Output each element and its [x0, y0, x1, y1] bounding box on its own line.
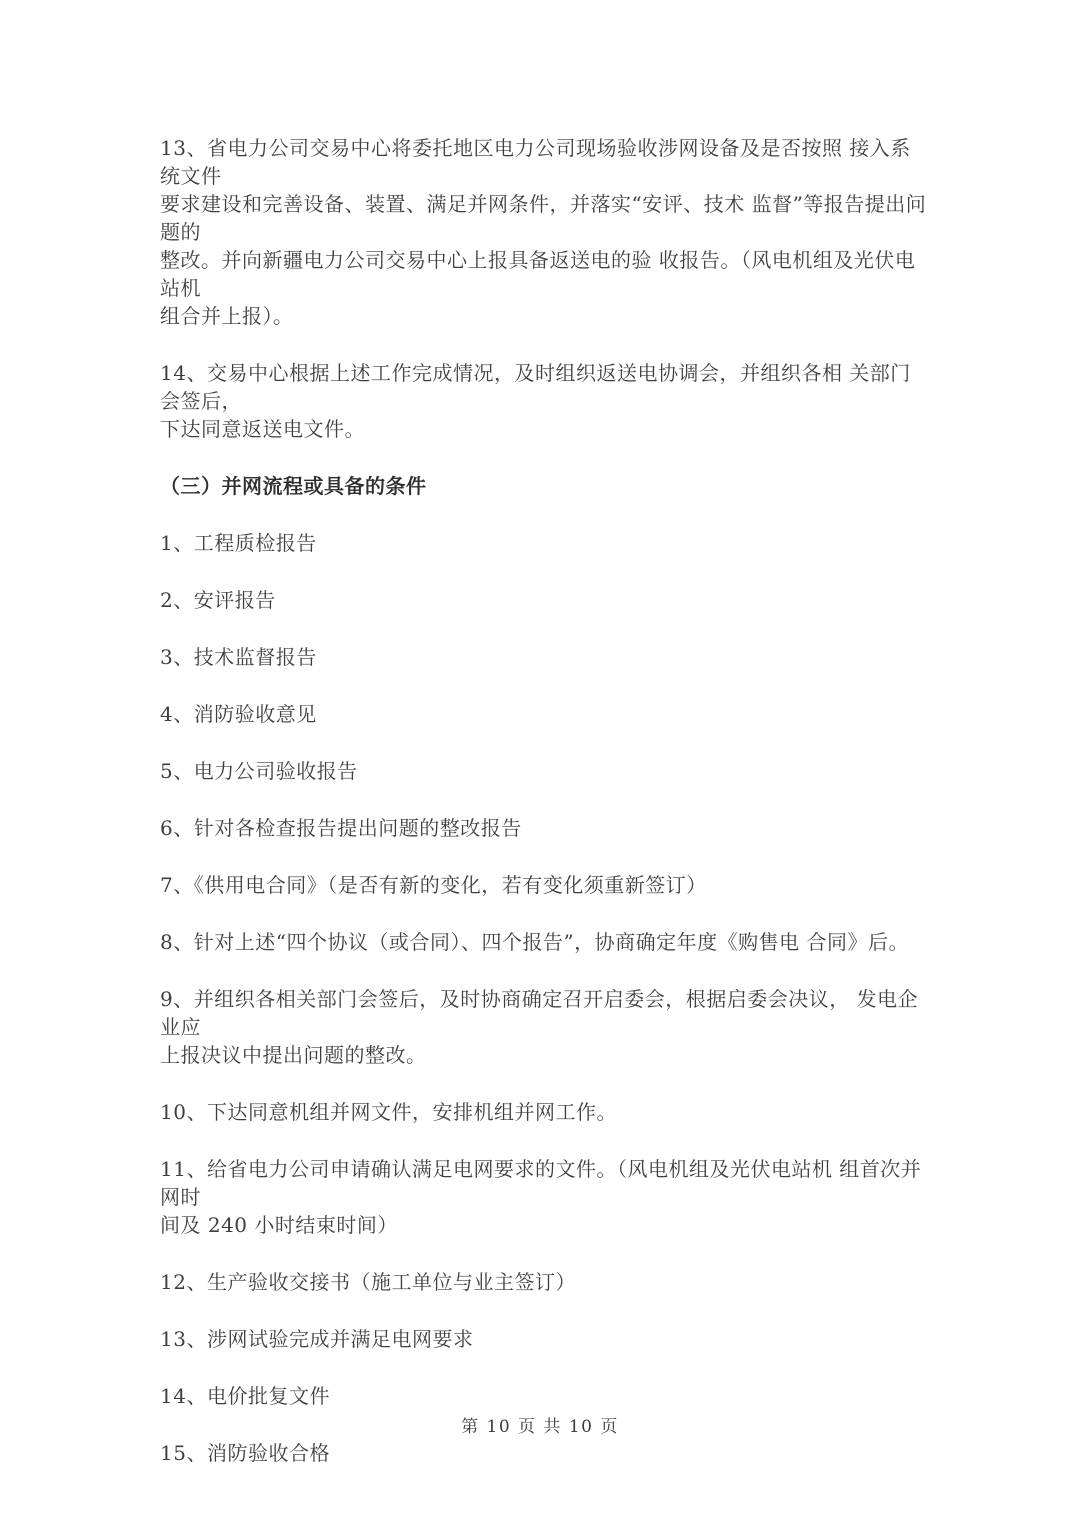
paragraph-13: 13、省电力公司交易中心将委托地区电力公司现场验收涉网设备及是否按照 接入系统文… — [160, 134, 930, 330]
list-item-5: 5、电力公司验收报告 — [160, 757, 930, 785]
list-item-9: 9、并组织各相关部门会签后，及时协商确定召开启委会，根据启委会决议， 发电企业应… — [160, 985, 930, 1069]
page-number-label: 第 10 页 共 10 页 — [461, 1417, 619, 1437]
list-item-6: 6、针对各检查报告提出问题的整改报告 — [160, 814, 930, 842]
document-page: 13、省电力公司交易中心将委托地区电力公司现场验收涉网设备及是否按照 接入系统文… — [0, 0, 1080, 1528]
list-item-7: 7、《供用电合同》（是否有新的变化，若有变化须重新签订） — [160, 871, 930, 899]
list-item-13: 13、涉网试验完成并满足电网要求 — [160, 1325, 930, 1353]
paragraph-14: 14、交易中心根据上述工作完成情况，及时组织返送电协调会，并组织各相 关部门会签… — [160, 359, 930, 443]
list-item-4: 4、消防验收意见 — [160, 700, 930, 728]
list-item-1: 1、工程质检报告 — [160, 529, 930, 557]
list-item-10: 10、下达同意机组并网文件，安排机组并网工作。 — [160, 1098, 930, 1126]
list-item-11: 11、给省电力公司申请确认满足电网要求的文件。（风电机组及光伏电站机 组首次并网… — [160, 1155, 930, 1239]
list-item-3: 3、技术监督报告 — [160, 643, 930, 671]
page-footer: 第 10 页 共 10 页 — [0, 1412, 1080, 1437]
section-heading: （三）并网流程或具备的条件 — [160, 472, 930, 500]
list-item-12: 12、生产验收交接书（施工单位与业主签订） — [160, 1268, 930, 1296]
list-item-2: 2、安评报告 — [160, 586, 930, 614]
list-item-15: 15、消防验收合格 — [160, 1439, 930, 1467]
list-item-14: 14、电价批复文件 — [160, 1382, 930, 1410]
list-item-8: 8、针对上述“四个协议（或合同）、四个报告”，协商确定年度《购售电 合同》后。 — [160, 928, 930, 956]
